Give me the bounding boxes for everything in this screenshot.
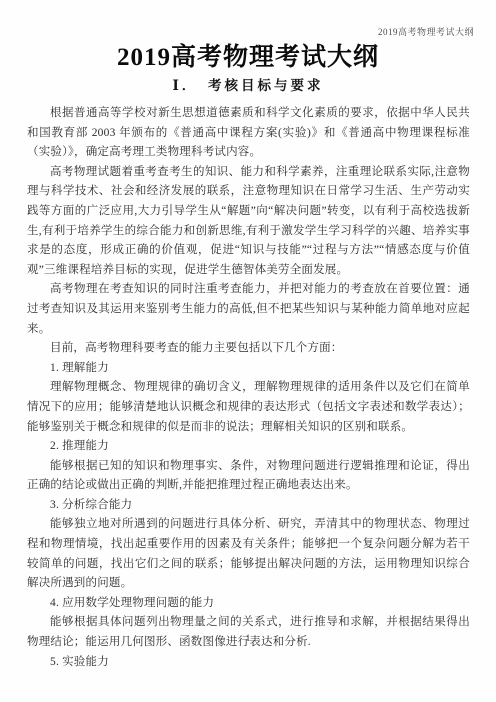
paragraph-intro: 根据普通高等学校对新生思想道德素质和科学文化素质的要求，依据中华人民共和国教育部… bbox=[27, 104, 470, 163]
ability-heading-1: 1. 理解能力 bbox=[27, 359, 470, 379]
paragraph-abilities-lead: 目前，高考物理科要考查的能力主要包括以下几个方面： bbox=[27, 339, 470, 359]
ability-heading-3: 3. 分析综合能力 bbox=[27, 496, 470, 516]
ability-heading-5: 5. 实验能力 bbox=[27, 653, 470, 673]
document-body: 根据普通高等学校对新生思想道德素质和科学文化素质的要求，依据中华人民共和国教育部… bbox=[27, 104, 470, 672]
section-heading: Ⅰ． 考核目标与要求 bbox=[0, 74, 496, 94]
document-page: 2019高考物理考试大纲 2019高考物理考试大纲 Ⅰ． 考核目标与要求 根据普… bbox=[0, 0, 496, 702]
ability-paragraph-1: 理解物理概念、物理规律的确切含义，理解物理规律的适用条件以及它们在简单情况下的应… bbox=[27, 378, 470, 437]
ability-paragraph-3: 能够独立地对所遇到的问题进行具体分析、研究，弄清其中的物理状态、物理过程和物理情… bbox=[27, 515, 470, 593]
paragraph-ability-focus: 高考物理在考查知识的同时注重考查能力，并把对能力的考查放在首要位置：通过考查知识… bbox=[27, 280, 470, 339]
ability-paragraph-2: 能够根据已知的知识和物理事实、条件，对物理问题进行逻辑推理和论证，得出正确的结论… bbox=[27, 457, 470, 496]
paragraph-exam-philosophy: 高考物理试题着重考查考生的知识、能力和科学素养，注重理论联系实际,注意物理与科学… bbox=[27, 163, 470, 281]
page-number: 1 bbox=[0, 633, 496, 643]
page-title: 2019高考物理考试大纲 bbox=[0, 37, 496, 73]
ability-heading-4: 4. 应用数学处理物理问题的能力 bbox=[27, 594, 470, 614]
ability-heading-2: 2. 推理能力 bbox=[27, 437, 470, 457]
